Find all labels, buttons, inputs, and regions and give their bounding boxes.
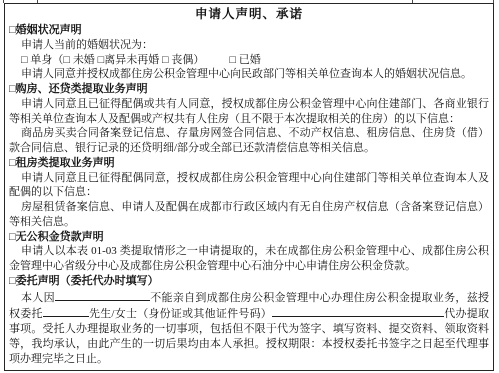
- section-heading-label: 购房、还贷类提取业务声明: [16, 83, 148, 95]
- blank-reason-field[interactable]: [55, 289, 150, 301]
- section-2-checkbox[interactable]: □: [9, 83, 16, 95]
- option-gap: [204, 62, 229, 63]
- declaration-box: 申请人声明、承诺 □婚姻状况声明申请人当前的婚姻状况为：□ 单身（□ 未婚 □离…: [4, 3, 494, 371]
- section-heading: □租房类提取业务声明: [9, 156, 489, 171]
- text-run: 已婚: [236, 54, 261, 66]
- paragraph: 申请人同意且已征得配偶或共有人同意，授权成都住房公积金管理中心向住建部门、各商业…: [9, 97, 489, 127]
- text-run: 本人因: [21, 292, 55, 304]
- checkbox-single[interactable]: □: [21, 54, 28, 66]
- page-title: 申请人声明、承诺: [9, 6, 489, 23]
- section-4: □无公积金贷款声明申请人以本表 01-03 类提取情形之一申请提取的，未在成都住…: [9, 230, 489, 274]
- section-5-checkbox[interactable]: □: [9, 275, 16, 287]
- paragraph: 申请人当前的婚姻状况为：: [9, 38, 489, 53]
- section-heading-label: 无公积金贷款声明: [16, 231, 104, 243]
- text-run: 未婚: [70, 54, 98, 66]
- section-heading-label: 租房类提取业务声明: [16, 157, 115, 169]
- blank-agent-name-field[interactable]: [43, 305, 89, 317]
- section-heading-label: 委托声明（委托代办时填写）: [16, 275, 159, 287]
- blank-agent-id-field[interactable]: [272, 305, 444, 317]
- section-1: □婚姻状况声明申请人当前的婚姻状况为：□ 单身（□ 未婚 □离异未再婚 □ 丧偶…: [9, 23, 489, 82]
- section-heading-label: 婚姻状况声明: [16, 24, 82, 36]
- text-run: 单身（: [28, 54, 64, 66]
- section-heading: □购房、还贷类提取业务声明: [9, 82, 489, 97]
- section-heading: □无公积金贷款声明: [9, 230, 489, 245]
- paragraph: 申请人同意且已征得配偶同意，授权成都住房公积金管理中心向住建部门等相关单位查询本…: [9, 171, 489, 201]
- paragraph: 房屋租赁备案信息、申请人及配偶在成都市行政区域内有无自住房产权信息（含备案登记信…: [9, 200, 489, 230]
- section-2: □购房、还贷类提取业务声明申请人同意且已征得配偶或共有人同意，授权成都住房公积金…: [9, 82, 489, 156]
- paragraph: 申请人以本表 01-03 类提取情形之一申请提取的，未在成都住房公积金管理中心、…: [9, 244, 489, 274]
- sections: □婚姻状况声明申请人当前的婚姻状况为：□ 单身（□ 未婚 □离异未再婚 □ 丧偶…: [9, 23, 489, 366]
- section-5: □委托声明（委托代办时填写）本人因不能亲自到成都住房公积金管理中心办理住房公积金…: [9, 274, 489, 367]
- section-heading: □委托声明（委托代办时填写）: [9, 274, 489, 289]
- paragraph: 申请人同意并授权成都住房公积金管理中心向民政部门等相关单位查询本人的婚姻状况信息…: [9, 67, 489, 82]
- paragraph: 本人因不能亲自到成都住房公积金管理中心办理住房公积金提取业务，兹授权委托先生/女…: [9, 289, 489, 367]
- section-4-checkbox[interactable]: □: [9, 231, 16, 243]
- section-3: □租房类提取业务声明申请人同意且已征得配偶同意，授权成都住房公积金管理中心向住建…: [9, 156, 489, 230]
- declaration-sheet: 申请人声明、承诺 □婚姻状况声明申请人当前的婚姻状况为：□ 单身（□ 未婚 □离…: [0, 0, 499, 373]
- checkbox-widowed[interactable]: □: [162, 54, 169, 66]
- paragraph: 商品房买卖合同备案登记信息、存量房网签合同信息、不动产权信息、租房信息、住房贷（…: [9, 126, 489, 156]
- text-run: 先生/女士（身份证或其他证件号码）: [89, 308, 272, 320]
- section-heading: □婚姻状况声明: [9, 23, 489, 38]
- section-1-checkbox[interactable]: □: [9, 24, 16, 36]
- paragraph: □ 单身（□ 未婚 □离异未再婚 □ 丧偶）□ 已婚: [9, 53, 489, 68]
- text-run: 离异未再婚: [104, 54, 162, 66]
- section-3-checkbox[interactable]: □: [9, 157, 16, 169]
- text-run: 丧偶）: [169, 54, 205, 66]
